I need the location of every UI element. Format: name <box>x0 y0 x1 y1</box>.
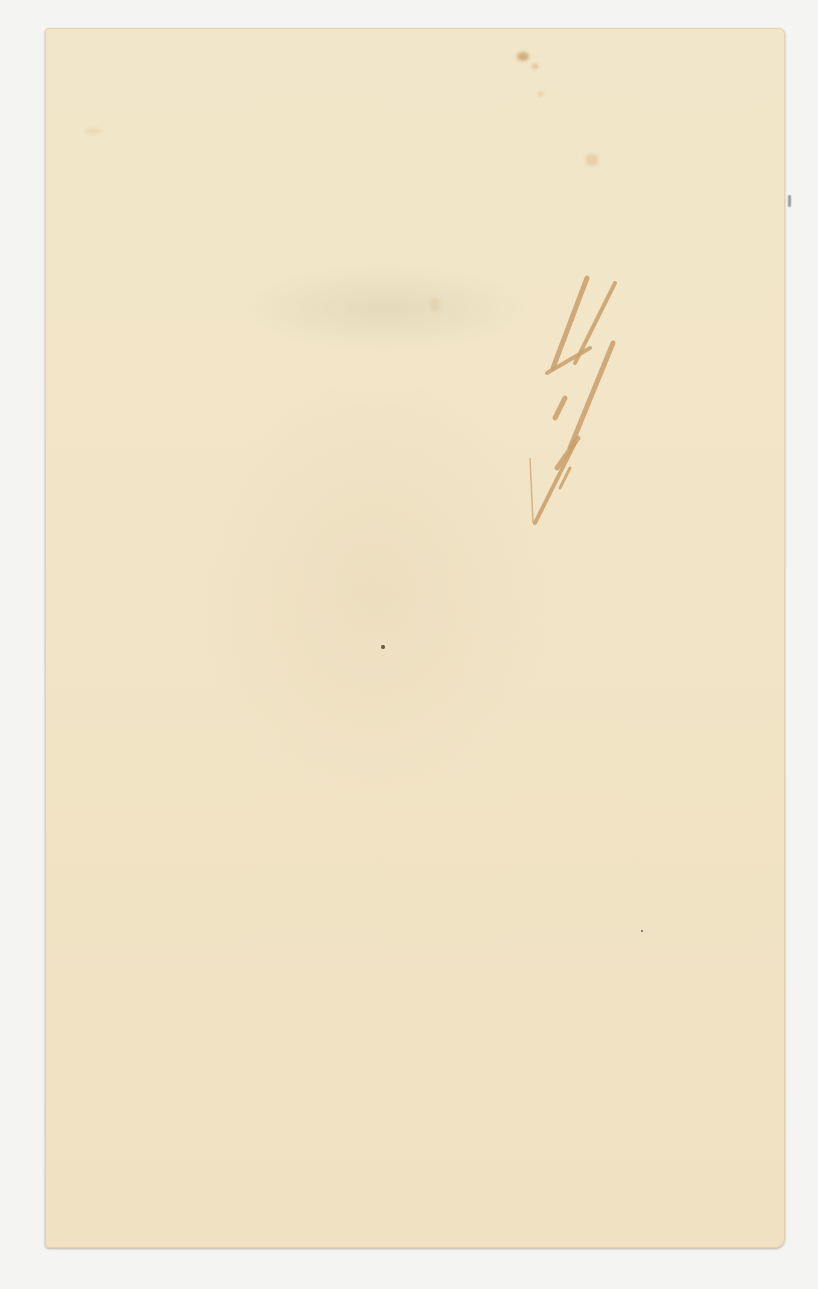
foxing-stain <box>517 52 529 61</box>
card-back <box>45 28 785 1248</box>
foxing-stain <box>585 154 599 166</box>
speck <box>641 930 643 932</box>
edge-mark <box>788 195 791 207</box>
foxing-stain <box>532 64 538 69</box>
foxing-stain <box>538 92 543 96</box>
speck <box>381 645 385 649</box>
foxing-stain <box>85 128 101 134</box>
foxing-stain <box>430 298 440 312</box>
pencil-inscription <box>475 258 635 558</box>
